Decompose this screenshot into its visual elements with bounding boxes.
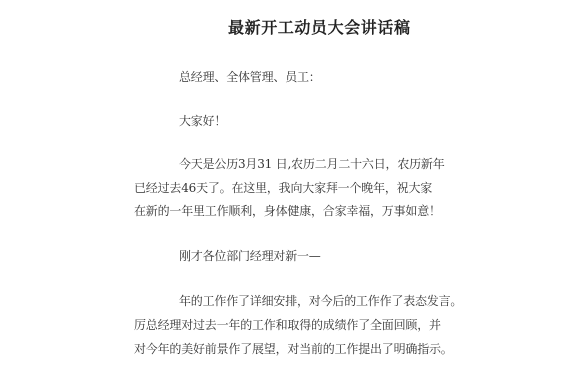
doc-line: 已经过去46天了。在这里，我向大家拜一个晚年，祝大家 xyxy=(134,181,432,195)
doc-line-greeting: 大家好！ xyxy=(179,114,226,128)
document-title: 最新开工动员大会讲话稿 xyxy=(228,15,411,38)
doc-line: 刚才各位部门经理对新一— xyxy=(179,249,321,263)
document-page: 最新开工动员大会讲话稿 总经理、全体管理、员工： 大家好！ 今天是公历3月31 … xyxy=(0,0,587,366)
doc-line: 厉总经理对过去一年的工作和取得的成绩作了全面回顾，并 xyxy=(134,318,441,332)
doc-line: 今天是公历3月31 日,农历二月二十六日，农历新年 xyxy=(179,157,445,171)
doc-line: 年的工作作了详细安排，对今后的工作作了表态发言。 xyxy=(179,294,462,308)
doc-line: 在新的一年里工作顺利，身体健康，合家幸福，万事如意！ xyxy=(134,204,441,218)
doc-line: 对今年的美好前景作了展望，对当前的工作提出了明确指示。 xyxy=(134,342,453,356)
doc-line-salutation: 总经理、全体管理、员工： xyxy=(179,70,321,84)
